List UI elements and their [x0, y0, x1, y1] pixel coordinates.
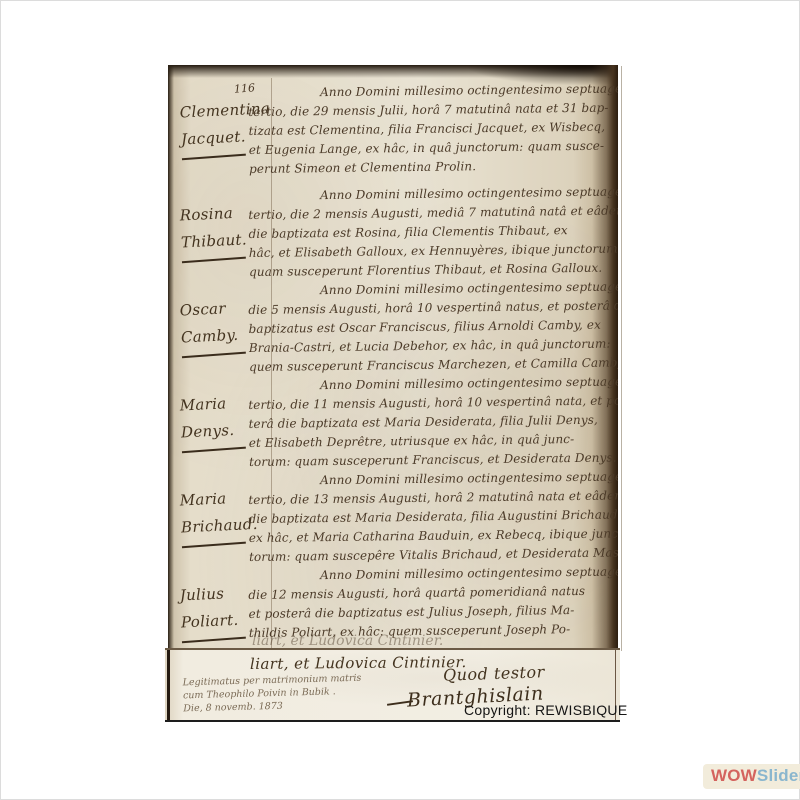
register-scan-page: 116 Clementina Jacquet. Anno Domini mill… — [168, 65, 618, 649]
attestation-text: Quod testor — [443, 662, 545, 685]
legitimation-note: Legitimatus per matrimonium matris cum T… — [183, 672, 363, 716]
entry-line: perunt Simeon et Clementina Prolin. — [249, 155, 618, 179]
page-canvas: 116 Clementina Jacquet. Anno Domini mill… — [0, 0, 800, 800]
entry-text: Anno Domini millesimo octingentesimo sep… — [248, 80, 618, 180]
name-underline — [182, 447, 246, 454]
wowslider-watermark[interactable]: WOWSlider — [703, 764, 800, 789]
strip-left-edge — [167, 650, 170, 720]
name-underline — [182, 637, 246, 644]
register-entry: Rosina Thibaut. Anno Domini millesimo oc… — [168, 183, 618, 188]
copyright-text: Copyright: REWISBIQUE — [464, 702, 627, 718]
watermark-slider-text: Slider — [757, 766, 800, 785]
entry-continuation-line: liart, et Ludovica Cintinier. — [250, 653, 467, 673]
name-underline — [182, 257, 246, 264]
seam-ghost-line: liart, et Ludovica Cintinier. — [252, 633, 443, 649]
name-underline — [182, 154, 246, 161]
name-underline — [182, 352, 246, 359]
entry-text: Anno Domini millesimo octingentesimo sep… — [248, 183, 618, 283]
scan-right-border-line — [621, 66, 622, 651]
name-underline — [182, 542, 246, 549]
scan-left-edge — [168, 65, 174, 648]
entry-text: Anno Domini millesimo octingentesimo sep… — [248, 563, 618, 644]
watermark-wow-text: WOW — [711, 766, 757, 785]
entry-text: Anno Domini millesimo octingentesimo sep… — [248, 278, 618, 378]
entry-text: Anno Domini millesimo octingentesimo sep… — [248, 468, 618, 568]
entry-text: Anno Domini millesimo octingentesimo sep… — [248, 373, 618, 473]
